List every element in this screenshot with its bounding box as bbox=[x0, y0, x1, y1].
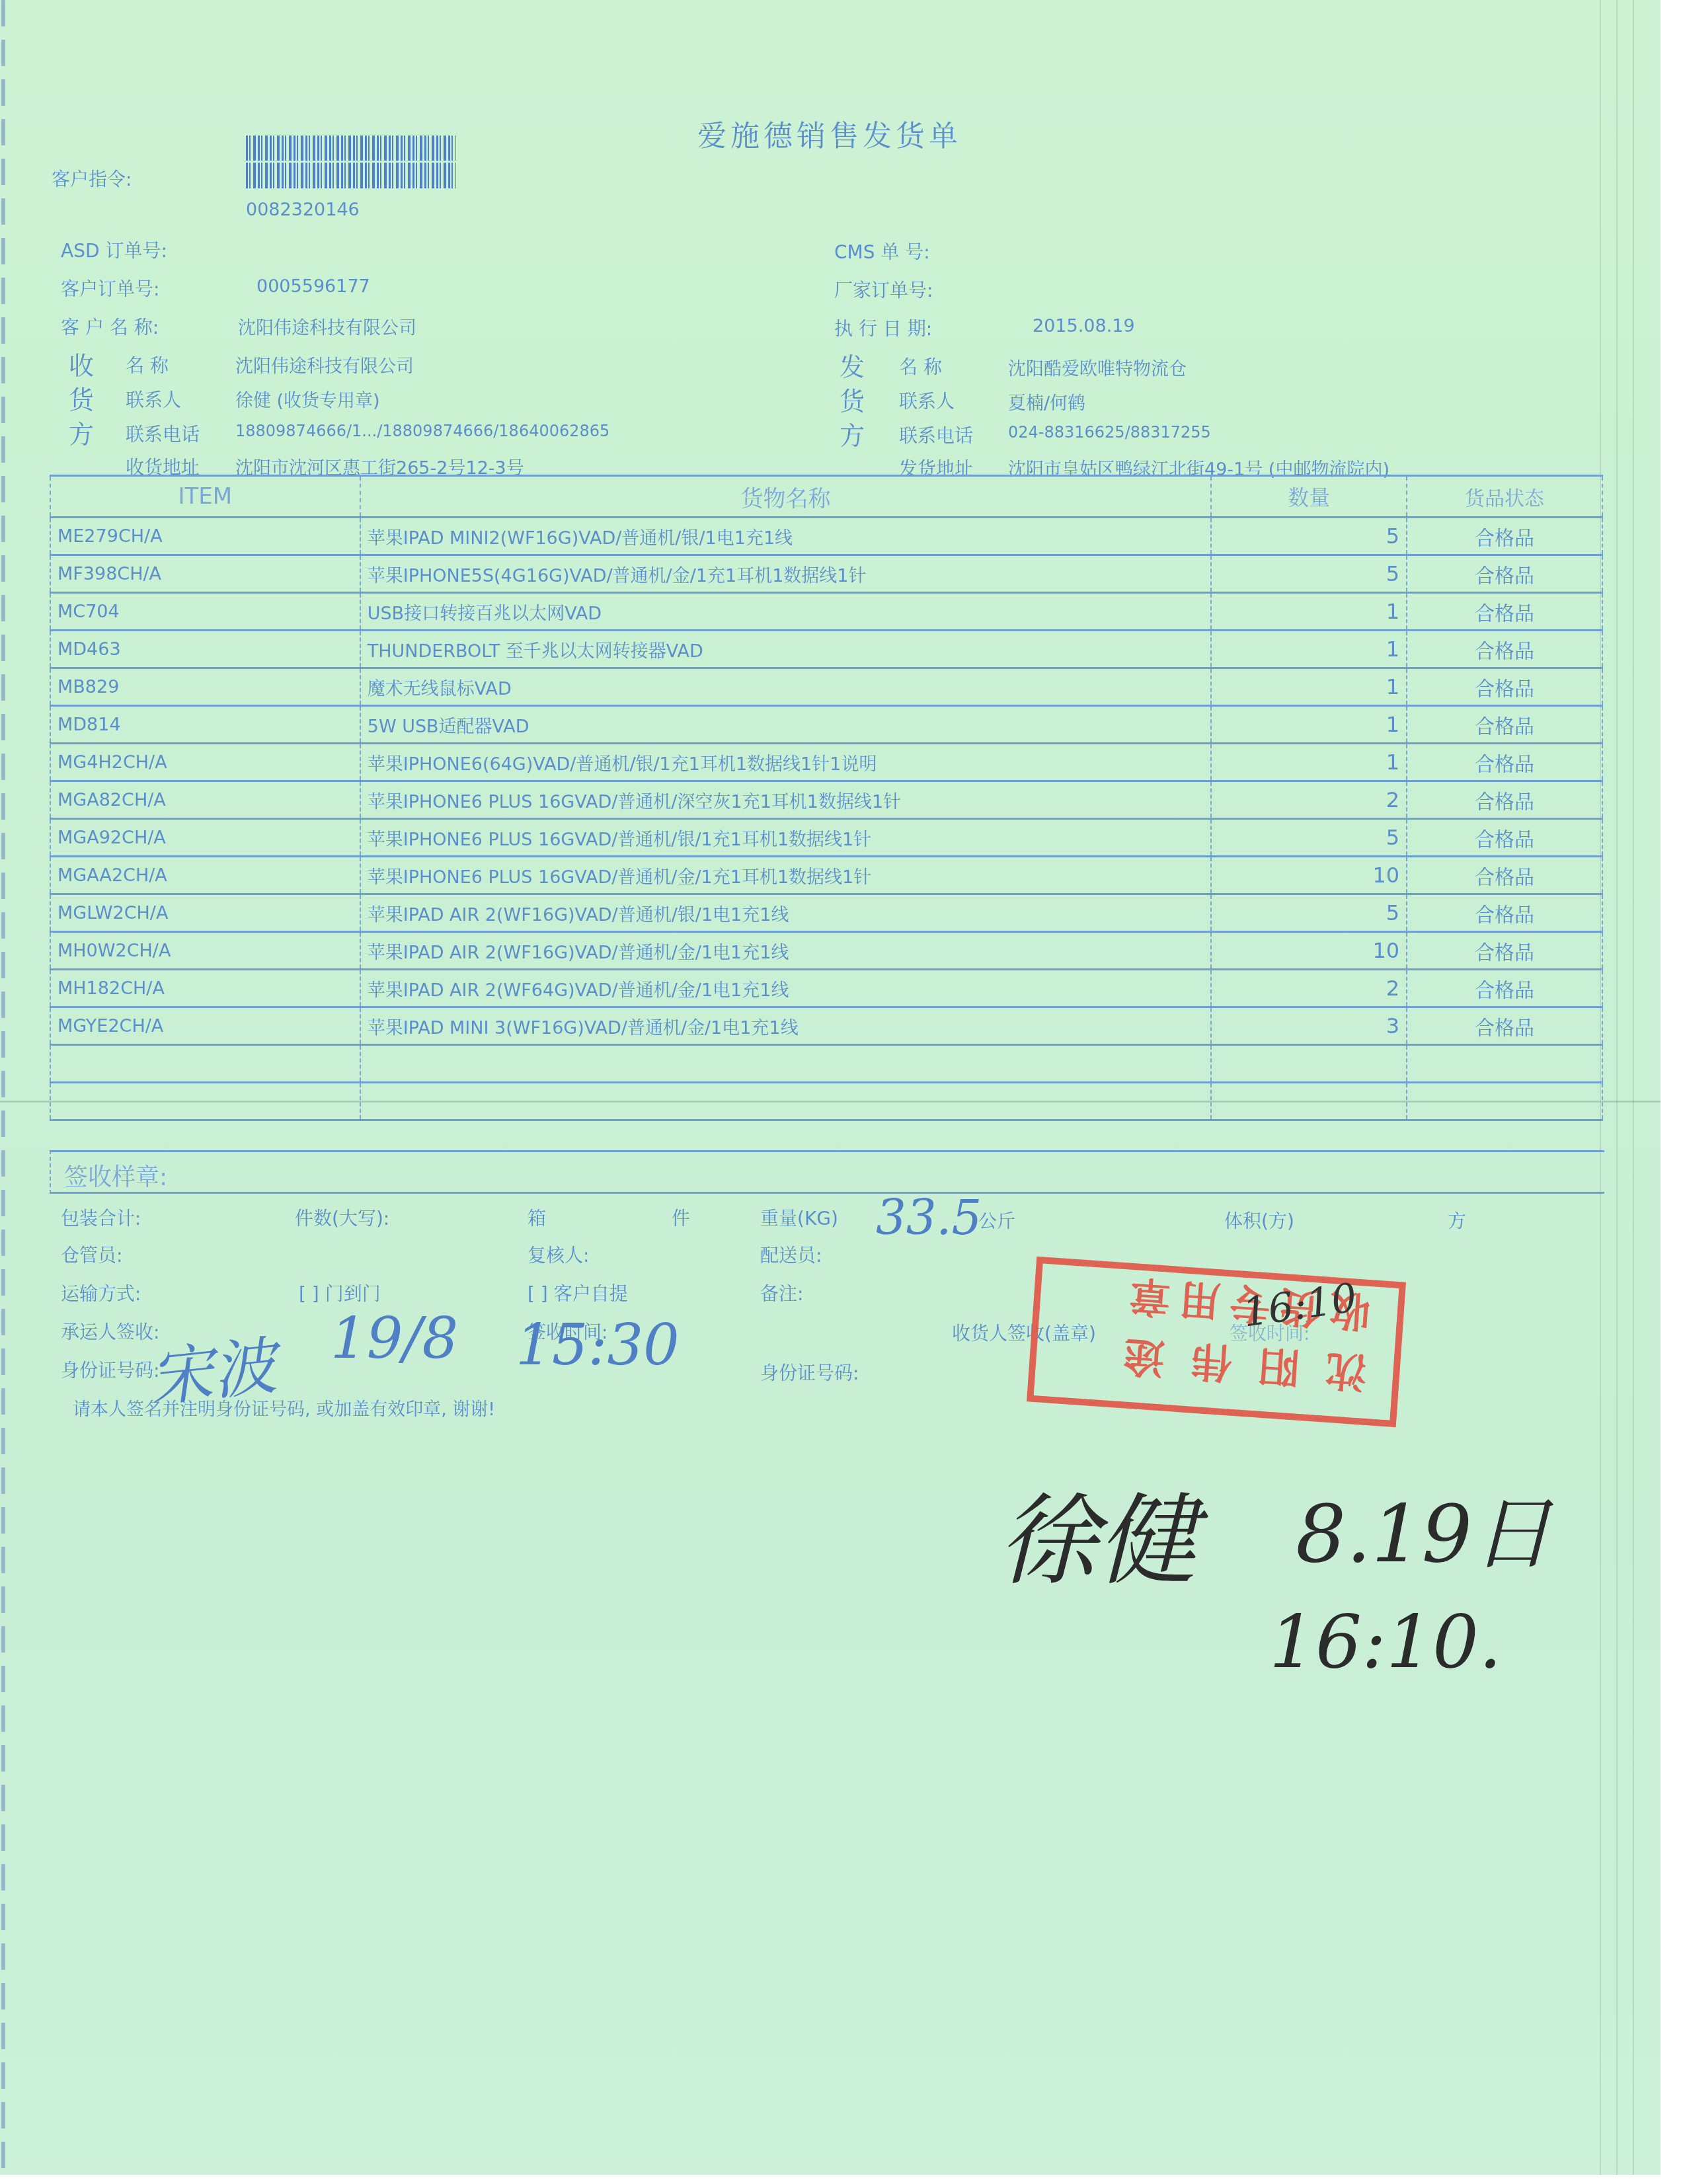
id-number-label-right: 身份证号码: bbox=[760, 1359, 859, 1385]
sign-sample-row: 签收样章: bbox=[50, 1150, 1604, 1194]
receiver-side-char: 收 bbox=[69, 345, 94, 381]
customer-order-value: 0005596177 bbox=[256, 276, 370, 297]
pieces-label: 件数(大写): bbox=[295, 1204, 389, 1231]
column-header-status: 货品状态 bbox=[1407, 476, 1602, 518]
item-status: 合格品 bbox=[1407, 631, 1602, 668]
receiver-name-value: 沈阳伟途科技有限公司 bbox=[235, 352, 414, 377]
item-status: 合格品 bbox=[1407, 555, 1602, 593]
sender-side-char: 方 bbox=[840, 415, 865, 451]
sender-phone-value: 024-88316625/88317255 bbox=[1008, 423, 1211, 442]
paper-edge-line bbox=[1633, 0, 1634, 2175]
item-qty: 1 bbox=[1211, 744, 1407, 781]
piece-label: 件 bbox=[672, 1204, 690, 1231]
item-status: 合格品 bbox=[1407, 706, 1602, 744]
reviewer-label: 复核人: bbox=[528, 1241, 589, 1268]
item-qty: 5 bbox=[1211, 894, 1407, 932]
item-code: MH182CH/A bbox=[50, 970, 360, 1007]
table-row: MF398CH/A苹果IPHONE5S(4G16G)VAD/普通机/金/1充1耳… bbox=[50, 555, 1602, 593]
barcode-number: 0082320146 bbox=[246, 200, 360, 220]
table-row: MD8145W USB适配器VAD1合格品 bbox=[50, 706, 1602, 744]
table-row: MD463THUNDERBOLT 至千兆以太网转接器VAD1合格品 bbox=[50, 631, 1602, 668]
item-status: 合格品 bbox=[1407, 1007, 1602, 1045]
item-code: MH0W2CH/A bbox=[50, 932, 360, 970]
column-header-name: 货物名称 bbox=[360, 476, 1212, 518]
item-status: 合格品 bbox=[1407, 970, 1602, 1007]
item-name: 苹果IPAD MINI2(WF16G)VAD/普通机/银/1电1充1线 bbox=[360, 518, 1212, 555]
item-qty: 10 bbox=[1211, 857, 1407, 894]
item-status: 合格品 bbox=[1407, 593, 1602, 631]
item-code: MGLW2CH/A bbox=[50, 894, 360, 932]
item-code: MC704 bbox=[50, 593, 360, 631]
item-name: 苹果IPHONE6 PLUS 16GVAD/普通机/银/1充1耳机1数据线1针 bbox=[360, 819, 1212, 857]
box-label: 箱 bbox=[528, 1204, 546, 1231]
table-row: MB829魔术无线鼠标VAD1合格品 bbox=[50, 668, 1602, 706]
item-qty: 1 bbox=[1211, 631, 1407, 668]
table-row: MGYE2CH/A苹果IPAD MINI 3(WF16G)VAD/普通机/金/1… bbox=[50, 1007, 1602, 1045]
item-qty: 5 bbox=[1211, 518, 1407, 555]
item-status: 合格品 bbox=[1407, 518, 1602, 555]
customer-order-label: 客户订单号: bbox=[61, 275, 159, 301]
item-name: 苹果IPHONE5S(4G16G)VAD/普通机/金/1充1耳机1数据线1针 bbox=[360, 555, 1212, 593]
table-header-row: ITEM 货物名称 数量 货品状态 bbox=[50, 476, 1602, 518]
item-code: MGAA2CH/A bbox=[50, 857, 360, 894]
factory-order-label: 厂家订单号: bbox=[834, 276, 933, 303]
receiver-phone-label: 联系电话 bbox=[126, 420, 200, 447]
column-header-item: ITEM bbox=[50, 476, 360, 518]
item-code: MG4H2CH/A bbox=[50, 744, 360, 781]
item-code: MD463 bbox=[50, 631, 360, 668]
signature-notice: 请本人签名并注明身份证号码, 或加盖有效印章, 谢谢! bbox=[73, 1395, 495, 1421]
exec-date-value: 2015.08.19 bbox=[1033, 316, 1135, 336]
transport-method-label: 运输方式: bbox=[61, 1280, 141, 1306]
table-row: MGLW2CH/A苹果IPAD AIR 2(WF16G)VAD/普通机/银/1电… bbox=[50, 894, 1602, 932]
asd-order-label: ASD 订单号: bbox=[61, 237, 167, 263]
receiver-phone-value: 18809874666/1.../18809874666/18640062865 bbox=[235, 422, 609, 440]
remarks-label: 备注: bbox=[760, 1280, 803, 1306]
item-name: 苹果IPAD AIR 2(WF16G)VAD/普通机/金/1电1充1线 bbox=[360, 932, 1212, 970]
sender-contact-value: 夏楠/何鹤 bbox=[1008, 389, 1085, 414]
table-row: MH0W2CH/A苹果IPAD AIR 2(WF16G)VAD/普通机/金/1电… bbox=[50, 932, 1602, 970]
id-number-label-left: 身份证号码: bbox=[61, 1356, 159, 1383]
receiver-signature-handwritten: 徐健 bbox=[998, 1461, 1196, 1604]
sender-name-label: 名 称 bbox=[899, 353, 942, 379]
sender-contact-label: 联系人 bbox=[899, 387, 955, 414]
item-qty: 1 bbox=[1211, 593, 1407, 631]
document-title: 爱施德销售发货单 bbox=[697, 112, 962, 155]
volume-label: 体积(方) bbox=[1224, 1207, 1294, 1233]
item-name: THUNDERBOLT 至千兆以太网转接器VAD bbox=[360, 631, 1212, 668]
receiver-name-label: 名 称 bbox=[126, 352, 169, 378]
item-status: 合格品 bbox=[1407, 857, 1602, 894]
receiver-contact-value: 徐健 (收货专用章) bbox=[235, 386, 380, 412]
table-row-empty bbox=[50, 1083, 1602, 1120]
table-row: MGA82CH/A苹果IPHONE6 PLUS 16GVAD/普通机/深空灰1充… bbox=[50, 781, 1602, 819]
item-qty: 5 bbox=[1211, 555, 1407, 593]
column-header-qty: 数量 bbox=[1211, 476, 1407, 518]
receiver-side-char: 货 bbox=[69, 379, 94, 416]
item-status: 合格品 bbox=[1407, 932, 1602, 970]
item-qty: 10 bbox=[1211, 932, 1407, 970]
customer-instruction-label: 客户指令: bbox=[52, 165, 132, 192]
package-total-label: 包装合计: bbox=[61, 1204, 141, 1231]
item-status: 合格品 bbox=[1407, 744, 1602, 781]
sign-sample-label: 签收样章: bbox=[64, 1159, 167, 1192]
kg-unit: 公斤 bbox=[978, 1207, 1015, 1233]
item-name: 苹果IPAD MINI 3(WF16G)VAD/普通机/金/1电1充1线 bbox=[360, 1007, 1212, 1045]
sender-phone-label: 联系电话 bbox=[899, 422, 973, 448]
table-row-empty bbox=[50, 1045, 1602, 1083]
item-qty: 1 bbox=[1211, 668, 1407, 706]
receiver-time-handwritten: 16:10. bbox=[1269, 1600, 1502, 1684]
item-status: 合格品 bbox=[1407, 781, 1602, 819]
weight-handwritten: 33.5 bbox=[876, 1190, 982, 1245]
item-qty: 2 bbox=[1211, 781, 1407, 819]
item-code: MGA82CH/A bbox=[50, 781, 360, 819]
item-qty: 5 bbox=[1211, 819, 1407, 857]
item-code: MGYE2CH/A bbox=[50, 1007, 360, 1045]
item-qty: 2 bbox=[1211, 970, 1407, 1007]
table-row: MGAA2CH/A苹果IPHONE6 PLUS 16GVAD/普通机/金/1充1… bbox=[50, 857, 1602, 894]
item-code: MGA92CH/A bbox=[50, 819, 360, 857]
item-status: 合格品 bbox=[1407, 668, 1602, 706]
sender-side-char: 发 bbox=[840, 346, 865, 383]
item-qty: 3 bbox=[1211, 1007, 1407, 1045]
warehouse-keeper-label: 仓管员: bbox=[61, 1241, 122, 1268]
tractor-feed-perforation bbox=[1, 0, 5, 2175]
paper-edge-line bbox=[1616, 0, 1618, 2175]
receiver-date-handwritten: 8.19日 bbox=[1296, 1471, 1551, 1584]
self-pickup-checkbox[interactable]: [ ] 客户自提 bbox=[528, 1280, 628, 1306]
item-code: ME279CH/A bbox=[50, 518, 360, 555]
carrier-time-handwritten: 15:30 bbox=[516, 1312, 680, 1378]
item-name: 魔术无线鼠标VAD bbox=[360, 668, 1212, 706]
door-to-door-checkbox[interactable]: [ ] 门到门 bbox=[299, 1280, 381, 1306]
receiver-contact-label: 联系人 bbox=[126, 386, 181, 412]
carrier-signature-handwritten: 宋波 bbox=[144, 1315, 280, 1419]
item-qty: 1 bbox=[1211, 706, 1407, 744]
item-name: 苹果IPHONE6 PLUS 16GVAD/普通机/金/1充1耳机1数据线1针 bbox=[360, 857, 1212, 894]
goods-table: ITEM 货物名称 数量 货品状态 ME279CH/A苹果IPAD MINI2(… bbox=[50, 475, 1603, 1121]
item-name: 苹果IPAD AIR 2(WF64G)VAD/普通机/金/1电1充1线 bbox=[360, 970, 1212, 1007]
table-row: ME279CH/A苹果IPAD MINI2(WF16G)VAD/普通机/银/1电… bbox=[50, 518, 1602, 555]
item-code: MD814 bbox=[50, 706, 360, 744]
barcode-icon bbox=[246, 136, 456, 188]
table-row: MC704USB接口转接百兆以太网VAD1合格品 bbox=[50, 593, 1602, 631]
table-row: MG4H2CH/A苹果IPHONE6(64G)VAD/普通机/银/1充1耳机1数… bbox=[50, 744, 1602, 781]
carrier-date-handwritten: 19/8 bbox=[331, 1306, 458, 1372]
sender-name-value: 沈阳酷爱欧唯特物流仓 bbox=[1008, 354, 1187, 380]
item-status: 合格品 bbox=[1407, 819, 1602, 857]
item-code: MB829 bbox=[50, 668, 360, 706]
customer-name-value: 沈阳伟途科技有限公司 bbox=[238, 313, 416, 339]
volume-unit: 方 bbox=[1448, 1207, 1466, 1233]
item-name: 苹果IPHONE6(64G)VAD/普通机/银/1充1耳机1数据线1针1说明 bbox=[360, 744, 1212, 781]
delivery-person-label: 配送员: bbox=[760, 1241, 822, 1268]
sender-side-char: 货 bbox=[840, 381, 865, 417]
cms-number-label: CMS 单 号: bbox=[834, 238, 930, 264]
item-status: 合格品 bbox=[1407, 894, 1602, 932]
item-name: 苹果IPHONE6 PLUS 16GVAD/普通机/深空灰1充1耳机1数据线1针 bbox=[360, 781, 1212, 819]
table-row: MGA92CH/A苹果IPHONE6 PLUS 16GVAD/普通机/银/1充1… bbox=[50, 819, 1602, 857]
table-row: MH182CH/A苹果IPAD AIR 2(WF64G)VAD/普通机/金/1电… bbox=[50, 970, 1602, 1007]
item-code: MF398CH/A bbox=[50, 555, 360, 593]
item-name: 5W USB适配器VAD bbox=[360, 706, 1212, 744]
customer-name-label: 客 户 名 称: bbox=[61, 313, 159, 340]
exec-date-label: 执 行 日 期: bbox=[834, 315, 932, 341]
receiver-side-char: 方 bbox=[69, 414, 94, 450]
weight-label: 重量(KG) bbox=[760, 1204, 838, 1231]
item-name: 苹果IPAD AIR 2(WF16G)VAD/普通机/银/1电1充1线 bbox=[360, 894, 1212, 932]
item-name: USB接口转接百兆以太网VAD bbox=[360, 593, 1212, 631]
delivery-note-paper: 爱施德销售发货单 客户指令: 0082320146 ASD 订单号: 客户订单号… bbox=[0, 0, 1661, 2175]
